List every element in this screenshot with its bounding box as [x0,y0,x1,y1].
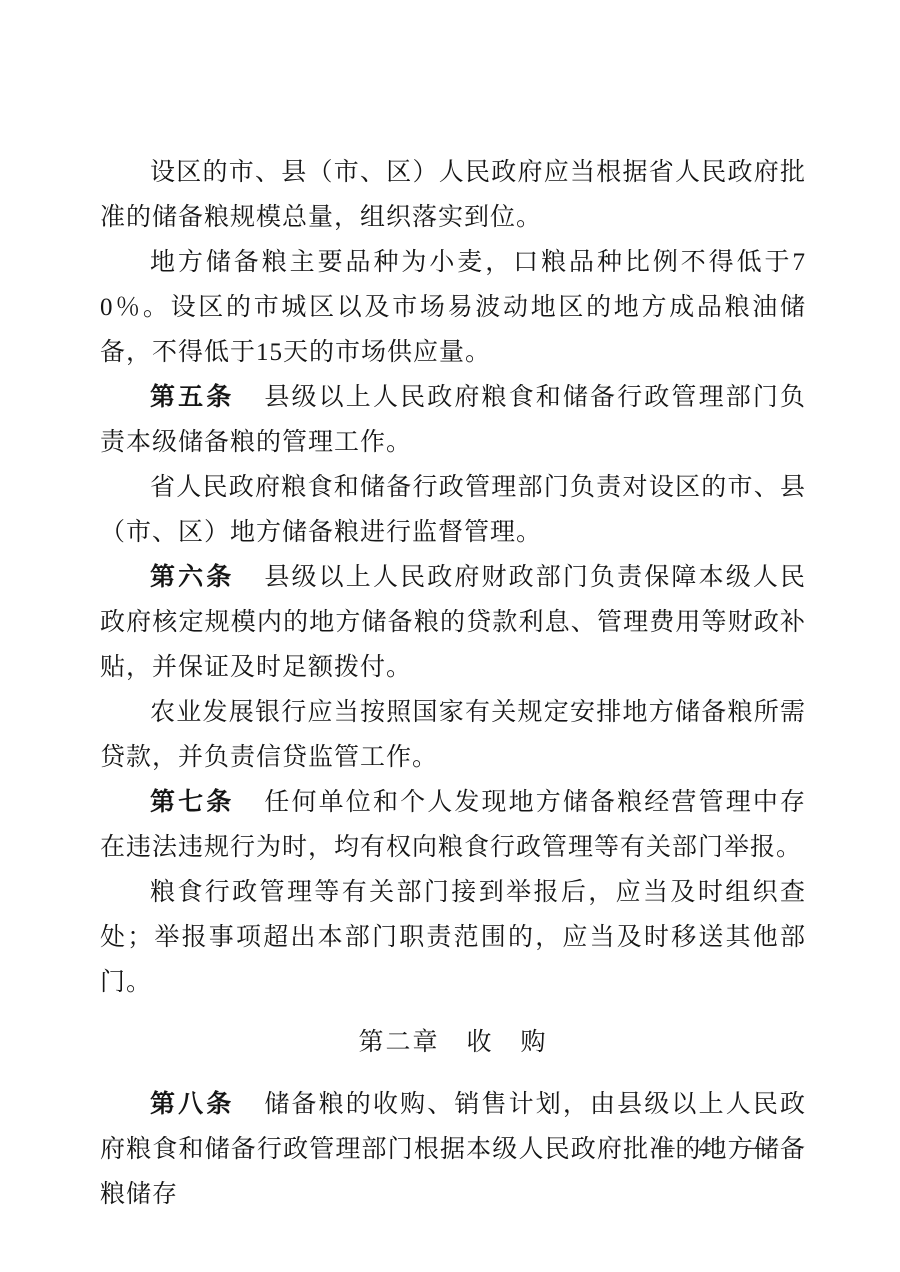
article-paragraph: 第六条县级以上人民政府财政部门负责保障本级人民政府核定规模内的地方储备粮的贷款利… [100,555,806,690]
body-paragraph: 设区的市、县（市、区）人民政府应当根据省人民政府批准的储备粮规模总量，组织落实到… [100,150,806,240]
document-text-block: 设区的市、县（市、区）人民政府应当根据省人民政府批准的储备粮规模总量，组织落实到… [100,150,806,1217]
paragraph-text: 农业发展银行应当按照国家有关规定安排地方储备粮所需贷款，并负责信贷监管工作。 [100,699,806,771]
body-paragraph: 粮食行政管理等有关部门接到举报后，应当及时组织查处；举报事项超出本部门职责范围的… [100,870,806,1005]
paragraph-text: 设区的市、县（市、区）人民政府应当根据省人民政府批准的储备粮规模总量，组织落实到… [100,159,806,231]
paragraph-text: 省人民政府粮食和储备行政管理部门负责对设区的市、县（市、区）地方储备粮进行监督管… [100,474,806,546]
body-paragraph: 地方储备粮主要品种为小麦，口粮品种比例不得低于70％。设区的市城区以及市场易波动… [100,240,806,375]
article-number: 第八条 [150,1090,234,1118]
page-number: — 41 — [652,1132,773,1162]
article-number: 第六条 [150,563,234,591]
article-number: 第七条 [150,788,234,816]
paragraph-text: 粮食行政管理等有关部门接到举报后，应当及时组织查处；举报事项超出本部门职责范围的… [100,879,806,996]
article-number: 第五条 [150,383,234,411]
chapter-heading: 第二章 收 购 [100,1020,806,1065]
article-paragraph: 第七条任何单位和个人发现地方储备粮经营管理中存在违法违规行为时，均有权向粮食行政… [100,780,806,870]
article-paragraph: 第五条县级以上人民政府粮食和储备行政管理部门负责本级储备粮的管理工作。 [100,375,806,465]
document-page: 设区的市、县（市、区）人民政府应当根据省人民政府批准的储备粮规模总量，组织落实到… [0,0,900,1272]
body-paragraph: 省人民政府粮食和储备行政管理部门负责对设区的市、县（市、区）地方储备粮进行监督管… [100,465,806,555]
paragraph-text: 地方储备粮主要品种为小麦，口粮品种比例不得低于70％。设区的市城区以及市场易波动… [100,249,806,366]
body-paragraph: 农业发展银行应当按照国家有关规定安排地方储备粮所需贷款，并负责信贷监管工作。 [100,690,806,780]
